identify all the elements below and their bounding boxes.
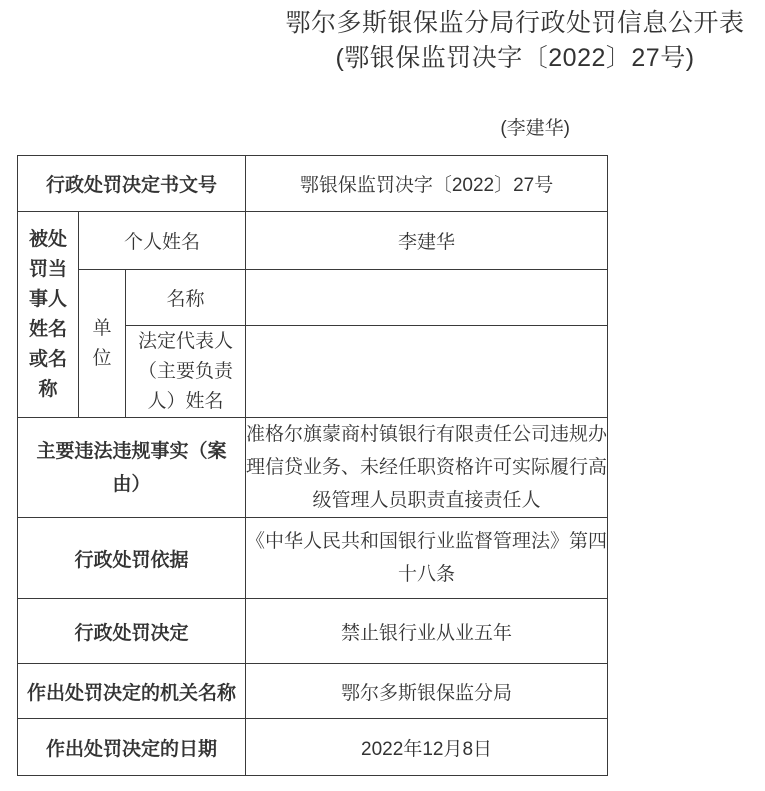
- page-title: 鄂尔多斯银保监分局行政处罚信息公开表 (鄂银保监罚决字〔2022〕27号): [270, 6, 760, 76]
- page-title-line1: 鄂尔多斯银保监分局行政处罚信息公开表: [270, 6, 760, 41]
- legal-rep-value: [246, 326, 608, 418]
- authority-value: 鄂尔多斯银保监分局: [246, 664, 608, 719]
- decision-value: 禁止银行业从业五年: [246, 599, 608, 664]
- party-group-label: 被处罚当事人姓名或名称: [27, 225, 69, 405]
- personal-name-label: 个人姓名: [79, 212, 246, 270]
- org-name-value: [246, 270, 608, 326]
- org-label-cell: 单位: [79, 270, 126, 418]
- date-value: 2022年12月8日: [246, 719, 608, 776]
- legal-rep-label: 法定代表人（主要负责人）姓名: [137, 327, 234, 417]
- basis-label: 行政处罚依据: [18, 518, 246, 599]
- basis-value: 《中华人民共和国银行业监督管理法》第四十八条: [246, 518, 608, 599]
- signature-note: (李建华): [0, 116, 590, 142]
- table-row-decision: 行政处罚决定 禁止银行业从业五年: [18, 599, 608, 664]
- legal-rep-label-cell: 法定代表人（主要负责人）姓名: [126, 326, 246, 418]
- org-label: 单位: [91, 314, 113, 374]
- decision-label: 行政处罚决定: [18, 599, 246, 664]
- table-row-date: 作出处罚决定的日期 2022年12月8日: [18, 719, 608, 776]
- authority-label: 作出处罚决定的机关名称: [18, 664, 246, 719]
- table-row-facts: 主要违法违规事实（案由） 准格尔旗蒙商村镇银行有限责任公司违规办理信贷业务、未经…: [18, 418, 608, 518]
- facts-value: 准格尔旗蒙商村镇银行有限责任公司违规办理信贷业务、未经任职资格许可实际履行高级管…: [246, 418, 608, 518]
- facts-label: 主要违法违规事实（案由）: [28, 435, 236, 501]
- personal-name-value: 李建华: [246, 212, 608, 270]
- page-title-line2: (鄂银保监罚决字〔2022〕27号): [270, 41, 760, 76]
- facts-label-cell: 主要违法违规事实（案由）: [18, 418, 246, 518]
- table-row-org-name: 单位 名称: [18, 270, 608, 326]
- table-row-basis: 行政处罚依据 《中华人民共和国银行业监督管理法》第四十八条: [18, 518, 608, 599]
- party-group-label-cell: 被处罚当事人姓名或名称: [18, 212, 79, 418]
- doc-no-value: 鄂银保监罚决字〔2022〕27号: [246, 156, 608, 212]
- table-row-doc-no: 行政处罚决定书文号 鄂银保监罚决字〔2022〕27号: [18, 156, 608, 212]
- penalty-disclosure-page: 鄂尔多斯银保监分局行政处罚信息公开表 (鄂银保监罚决字〔2022〕27号) (李…: [0, 0, 765, 791]
- org-name-label: 名称: [126, 270, 246, 326]
- table-row-authority: 作出处罚决定的机关名称 鄂尔多斯银保监分局: [18, 664, 608, 719]
- table-row-personal-name: 被处罚当事人姓名或名称 个人姓名 李建华: [18, 212, 608, 270]
- date-label: 作出处罚决定的日期: [18, 719, 246, 776]
- penalty-table: 行政处罚决定书文号 鄂银保监罚决字〔2022〕27号 被处罚当事人姓名或名称 个…: [17, 155, 608, 776]
- doc-no-label: 行政处罚决定书文号: [18, 156, 246, 212]
